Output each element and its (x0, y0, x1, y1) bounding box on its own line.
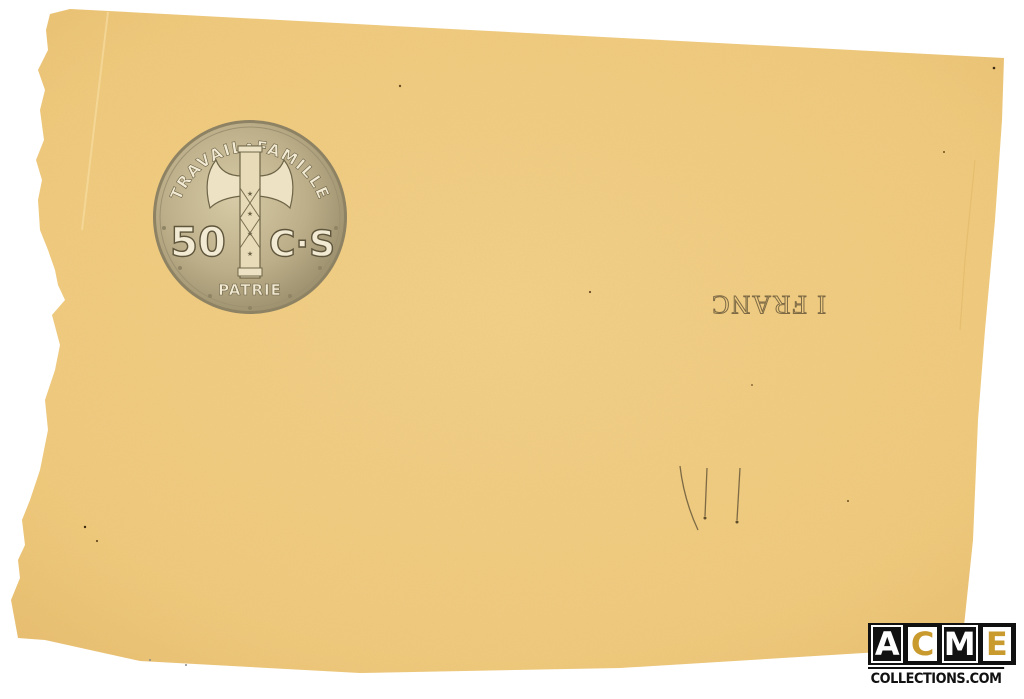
svg-text:I FRANC: I FRANC (710, 290, 826, 319)
coin-value-number: 50 (170, 220, 226, 266)
pencil-mark (670, 460, 750, 540)
acme-collections-logo: A C M E COLLECTIONS.COM (868, 623, 1018, 693)
scan-canvas: TRAVAIL•FAMILLE PATRIE ★★ ★★ 50 C·S I FR… (0, 0, 1024, 699)
coin-bottom-legend: PATRIE (218, 281, 282, 299)
logo-letters: A C M E (868, 623, 1016, 665)
logo-letter-e: E (981, 625, 1013, 663)
coin-drawing: TRAVAIL•FAMILLE PATRIE ★★ ★★ 50 C·S (150, 118, 350, 316)
paper-fragment (0, 0, 1024, 699)
svg-text:★: ★ (247, 190, 253, 198)
coin-value-unit: C·S (269, 224, 335, 265)
svg-text:★: ★ (247, 210, 253, 218)
pencil-inscription: I FRANC (696, 280, 846, 334)
logo-letter-m: M (942, 625, 978, 663)
logo-letter-c: C (906, 625, 938, 663)
logo-letter-a: A (871, 625, 903, 663)
logo-tagline: COLLECTIONS.COM (868, 667, 1004, 687)
svg-text:★: ★ (247, 230, 253, 238)
svg-text:★: ★ (247, 250, 253, 258)
